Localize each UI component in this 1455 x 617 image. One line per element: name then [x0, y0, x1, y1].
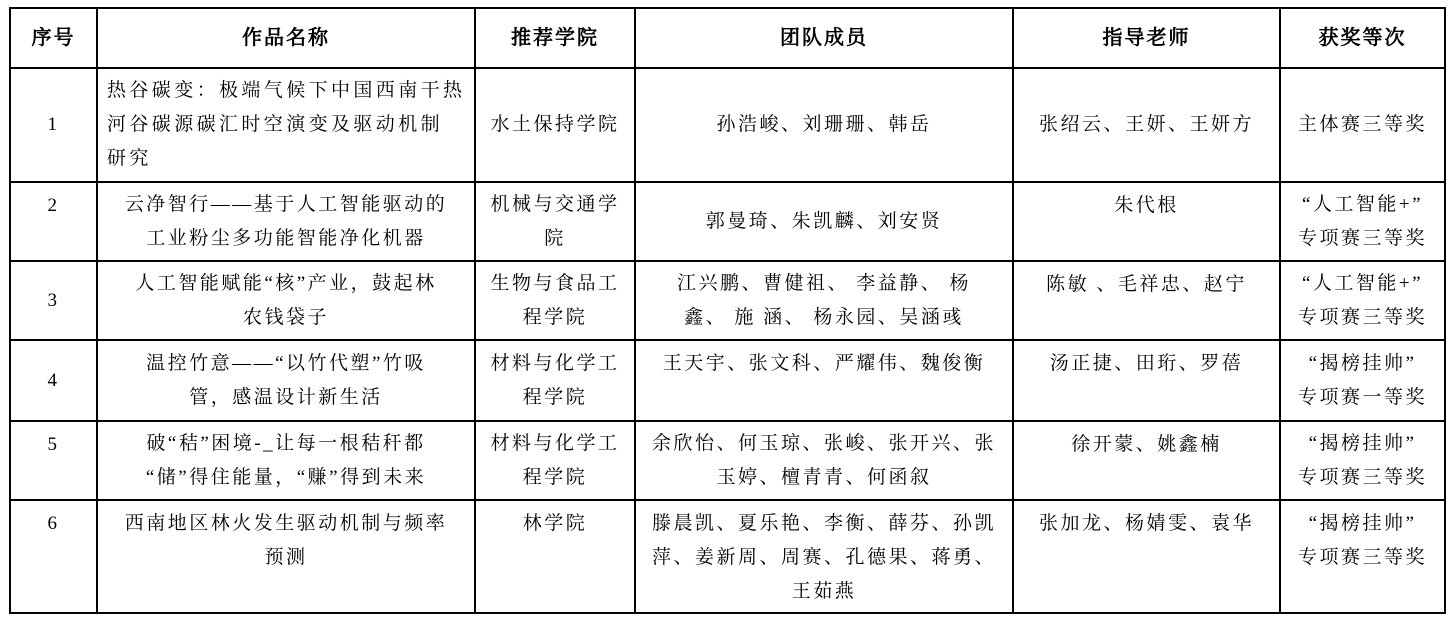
table-row: 5 破“秸”困境-_让每一根秸秆都 “储”得住能量，“赚”得到未来 材料与化学工… [10, 421, 1445, 500]
team-members-cell: 滕晨凯、夏乐艳、李衡、薛芬、孙凯 萍、姜新周、周赛、孔德果、蒋勇、 王茹燕 [635, 500, 1013, 613]
team-members-cell: 郭曼琦、朱凯麟、刘安贤 [635, 182, 1013, 261]
table-row: 2 云净智行——基于人工智能驱动的 工业粉尘多功能智能净化机器 机械与交通学 院… [10, 182, 1445, 261]
college-cell: 生物与食品工 程学院 [475, 261, 635, 340]
award-list-table: 序号 作品名称 推荐学院 团队成员 指导老师 获奖等次 1 热谷碳变：极端气候下… [9, 7, 1446, 614]
award-level-cell: “揭榜挂帅” 专项赛三等奖 [1280, 500, 1445, 613]
header-row: 序号 作品名称 推荐学院 团队成员 指导老师 获奖等次 [10, 8, 1445, 68]
work-title-cell: 热谷碳变：极端气候下中国西南干热 河谷碳源碳汇时空演变及驱动机制 研究 [97, 68, 475, 182]
work-title-cell: 西南地区林火发生驱动机制与频率 预测 [97, 500, 475, 613]
work-title-cell: 破“秸”困境-_让每一根秸秆都 “储”得住能量，“赚”得到未来 [97, 421, 475, 500]
table-row: 3 人工智能赋能“核”产业，鼓起林 农钱袋子 生物与食品工 程学院 江兴鹏、曹健… [10, 261, 1445, 340]
advisors-cell: 张加龙、杨婧雯、袁华 [1013, 500, 1280, 613]
advisors-cell: 陈敏 、毛祥忠、赵宁 [1013, 261, 1280, 340]
document-page: 序号 作品名称 推荐学院 团队成员 指导老师 获奖等次 1 热谷碳变：极端气候下… [0, 0, 1455, 617]
award-level-cell: “人工智能+” 专项赛三等奖 [1280, 182, 1445, 261]
team-members-cell: 余欣怡、何玉琼、张峻、张开兴、张 玉婷、檀青青、何函叙 [635, 421, 1013, 500]
team-members-cell: 江兴鹏、曹健祖、 李益静、 杨 鑫、 施 涵、 杨永园、吴涵彧 [635, 261, 1013, 340]
header-advisors: 指导老师 [1013, 8, 1280, 68]
advisors-cell: 张绍云、王妍、王妍方 [1013, 68, 1280, 182]
serial-number-cell: 6 [10, 500, 97, 613]
team-members-cell: 孙浩峻、刘珊珊、韩岳 [635, 68, 1013, 182]
header-work-title: 作品名称 [97, 8, 475, 68]
serial-number-cell: 5 [10, 421, 97, 500]
college-cell: 材料与化学工 程学院 [475, 340, 635, 421]
college-cell: 材料与化学工 程学院 [475, 421, 635, 500]
advisors-cell: 汤正捷、田珩、罗蓓 [1013, 340, 1280, 421]
work-title-cell: 人工智能赋能“核”产业，鼓起林 农钱袋子 [97, 261, 475, 340]
award-level-cell: “揭榜挂帅” 专项赛一等奖 [1280, 340, 1445, 421]
award-level-cell: “人工智能+” 专项赛三等奖 [1280, 261, 1445, 340]
college-cell: 水土保持学院 [475, 68, 635, 182]
serial-number-cell: 1 [10, 68, 97, 182]
serial-number-cell: 2 [10, 182, 97, 261]
table-row: 4 温控竹意——“以竹代塑”竹吸 管，感温设计新生活 材料与化学工 程学院 王天… [10, 340, 1445, 421]
header-recommending-college: 推荐学院 [475, 8, 635, 68]
college-cell: 林学院 [475, 500, 635, 613]
table-row: 6 西南地区林火发生驱动机制与频率 预测 林学院 滕晨凯、夏乐艳、李衡、薛芬、孙… [10, 500, 1445, 613]
serial-number-cell: 3 [10, 261, 97, 340]
header-serial-number: 序号 [10, 8, 97, 68]
header-team-members: 团队成员 [635, 8, 1013, 68]
award-level-cell: 主体赛三等奖 [1280, 68, 1445, 182]
header-award-level: 获奖等次 [1280, 8, 1445, 68]
award-level-cell: “揭榜挂帅” 专项赛三等奖 [1280, 421, 1445, 500]
college-cell: 机械与交通学 院 [475, 182, 635, 261]
team-members-cell: 王天宇、张文科、严耀伟、魏俊衡 [635, 340, 1013, 421]
work-title-cell: 云净智行——基于人工智能驱动的 工业粉尘多功能智能净化机器 [97, 182, 475, 261]
table-row: 1 热谷碳变：极端气候下中国西南干热 河谷碳源碳汇时空演变及驱动机制 研究 水土… [10, 68, 1445, 182]
advisors-cell: 朱代根 [1013, 182, 1280, 261]
serial-number-cell: 4 [10, 340, 97, 421]
work-title-cell: 温控竹意——“以竹代塑”竹吸 管，感温设计新生活 [97, 340, 475, 421]
advisors-cell: 徐开蒙、姚鑫楠 [1013, 421, 1280, 500]
